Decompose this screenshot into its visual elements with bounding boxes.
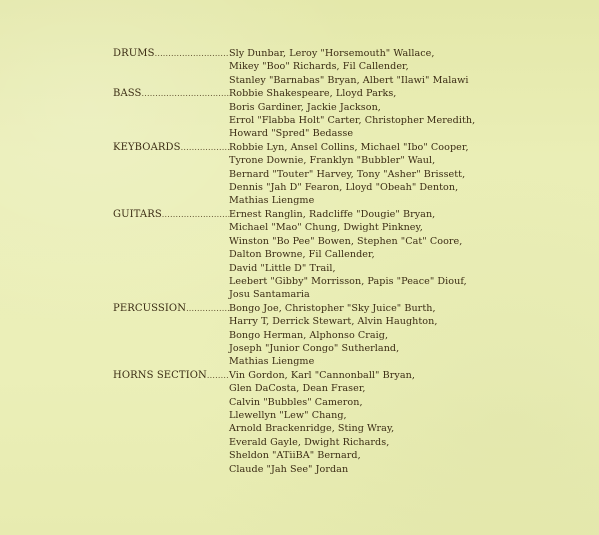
name-line: Bongo Joe, Christopher "Sky Juice" Burth… (229, 302, 533, 315)
dot-leader (181, 141, 229, 154)
name-line: Dalton Browne, Fil Callender, (229, 248, 533, 261)
name-line: Sly Dunbar, Leroy "Horsemouth" Wallace, (229, 47, 533, 60)
name-line: Joseph "Junior Congo" Sutherland, (229, 342, 533, 355)
name-line: Vin Gordon, Karl "Cannonball" Bryan, (229, 369, 533, 382)
credit-section-horns: HORNS SECTION Vin Gordon, Karl "Cannonba… (113, 369, 533, 476)
musician-names: Robbie Shakespeare, Lloyd Parks, Boris G… (229, 87, 533, 141)
role-heading: KEYBOARDS (113, 141, 229, 154)
dot-leader (186, 302, 229, 315)
role-label: BASS (113, 87, 142, 100)
name-line: Boris Gardiner, Jackie Jackson, (229, 101, 533, 114)
name-line: David "Little D" Trail, (229, 262, 533, 275)
musician-credits-list: DRUMS Sly Dunbar, Leroy "Horsemouth" Wal… (113, 47, 533, 476)
name-line: Sheldon "ATiiBA" Bernard, (229, 449, 533, 462)
name-line: Michael "Mao" Chung, Dwight Pinkney, (229, 221, 533, 234)
name-line: Robbie Lyn, Ansel Collins, Michael "Ibo"… (229, 141, 533, 154)
musician-names: Bongo Joe, Christopher "Sky Juice" Burth… (229, 302, 533, 369)
role-heading: BASS (113, 87, 229, 100)
musician-names: Sly Dunbar, Leroy "Horsemouth" Wallace, … (229, 47, 533, 87)
dot-leader (162, 208, 229, 221)
role-label: HORNS SECTION (113, 369, 207, 382)
name-line: Claude "Jah See" Jordan (229, 463, 533, 476)
credit-section-keyboards: KEYBOARDS Robbie Lyn, Ansel Collins, Mic… (113, 141, 533, 208)
name-line: Calvin "Bubbles" Cameron, (229, 396, 533, 409)
name-line: Bernard "Touter" Harvey, Tony "Asher" Br… (229, 168, 533, 181)
dot-leader (155, 47, 229, 60)
name-line: Ernest Ranglin, Radcliffe "Dougie" Bryan… (229, 208, 533, 221)
role-label: KEYBOARDS (113, 141, 181, 154)
name-line: Dennis "Jah D" Fearon, Lloyd "Obeah" Den… (229, 181, 533, 194)
name-line: Winston "Bo Pee" Bowen, Stephen "Cat" Co… (229, 235, 533, 248)
dot-leader (142, 87, 230, 100)
name-line: Tyrone Downie, Franklyn "Bubbler" Waul, (229, 154, 533, 167)
role-heading: HORNS SECTION (113, 369, 229, 382)
name-line: Stanley "Barnabas" Bryan, Albert "Ilawi"… (229, 74, 533, 87)
name-line: Harry T, Derrick Stewart, Alvin Haughton… (229, 315, 533, 328)
role-label: DRUMS (113, 47, 155, 60)
role-label: PERCUSSION (113, 302, 186, 315)
name-line: Everald Gayle, Dwight Richards, (229, 436, 533, 449)
role-heading: PERCUSSION (113, 302, 229, 315)
name-line: Howard "Spred" Bedasse (229, 127, 533, 140)
credit-section-bass: BASS Robbie Shakespeare, Lloyd Parks, Bo… (113, 87, 533, 141)
name-line: Josu Santamaria (229, 288, 533, 301)
musician-names: Vin Gordon, Karl "Cannonball" Bryan, Gle… (229, 369, 533, 476)
role-heading: GUITARS (113, 208, 229, 221)
name-line: Glen DaCosta, Dean Fraser, (229, 382, 533, 395)
name-line: Bongo Herman, Alphonso Craig, (229, 329, 533, 342)
role-label: GUITARS (113, 208, 162, 221)
role-heading: DRUMS (113, 47, 229, 60)
musician-names: Ernest Ranglin, Radcliffe "Dougie" Bryan… (229, 208, 533, 302)
name-line: Mathias Liengme (229, 355, 533, 368)
name-line: Arnold Brackenridge, Sting Wray, (229, 422, 533, 435)
credit-section-drums: DRUMS Sly Dunbar, Leroy "Horsemouth" Wal… (113, 47, 533, 87)
dot-leader (207, 369, 229, 382)
name-line: Robbie Shakespeare, Lloyd Parks, (229, 87, 533, 100)
musician-names: Robbie Lyn, Ansel Collins, Michael "Ibo"… (229, 141, 533, 208)
credit-section-percussion: PERCUSSION Bongo Joe, Christopher "Sky J… (113, 302, 533, 369)
name-line: Leebert "Gibby" Morrisson, Papis "Peace"… (229, 275, 533, 288)
name-line: Mikey "Boo" Richards, Fil Callender, (229, 60, 533, 73)
name-line: Errol "Flabba Holt" Carter, Christopher … (229, 114, 533, 127)
name-line: Llewellyn "Lew" Chang, (229, 409, 533, 422)
credit-section-guitars: GUITARS Ernest Ranglin, Radcliffe "Dougi… (113, 208, 533, 302)
name-line: Mathias Liengme (229, 194, 533, 207)
